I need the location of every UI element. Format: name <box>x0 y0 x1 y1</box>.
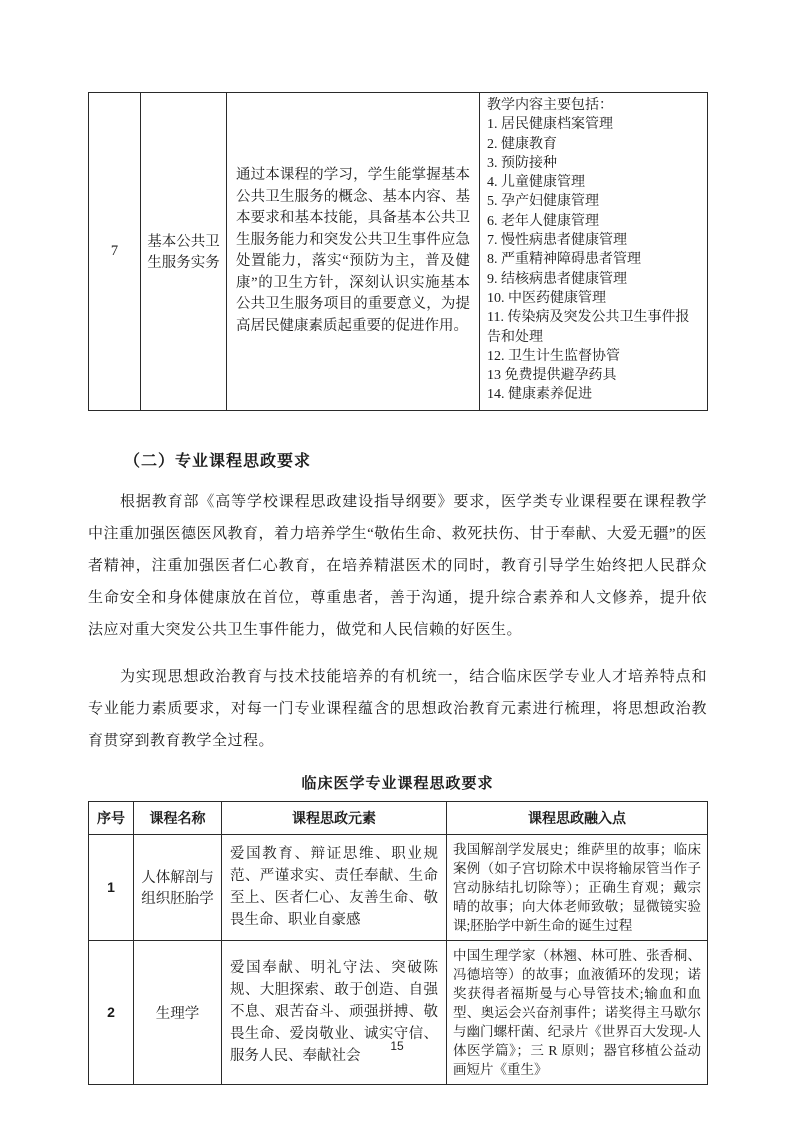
column-header-course-name: 课程名称 <box>134 801 222 834</box>
course-name-cell: 人体解剖与组织胚胎学 <box>134 834 222 940</box>
course-name-cell: 基本公共卫生服务实务 <box>141 93 227 411</box>
section-heading: （二）专业课程思政要求 <box>124 448 707 471</box>
page-content: 7 基本公共卫生服务实务 通过本课程的学习，学生能掌握基本公共卫生服务的概念、基… <box>88 92 707 1085</box>
column-header-points: 课程思政融入点 <box>447 801 708 834</box>
course-description-cell: 通过本课程的学习，学生能掌握基本公共卫生服务的概念、基本内容、基本要求和基本技能… <box>227 93 480 411</box>
ideology-points-cell: 我国解剖学发展史；维萨里的故事；临床案例（如子宫切除术中误将输尿管当作子宫动脉结… <box>447 834 708 940</box>
paragraph-2: 为实现思想政治教育与技术技能培养的有机统一，结合临床医学专业人才培养特点和专业能… <box>88 661 707 757</box>
page-number: 15 <box>0 1039 794 1053</box>
ideology-elements-cell: 爱国教育、辩证思维、职业规范、严谨求实、责任奉献、生命至上、医者仁心、友善生命、… <box>222 834 447 940</box>
document-page: 7 基本公共卫生服务实务 通过本课程的学习，学生能掌握基本公共卫生服务的概念、基… <box>0 0 794 1123</box>
column-header-number: 序号 <box>89 801 134 834</box>
paragraph-1: 根据教育部《高等学校课程思政建设指导纲要》要求，医学类专业课程要在课程教学中注重… <box>88 486 707 646</box>
row-number-cell: 1 <box>89 834 134 940</box>
course-name-cell: 生理学 <box>134 940 222 1084</box>
row-number-cell: 2 <box>89 940 134 1084</box>
teaching-content-cell: 教学内容主要包括： 1. 居民健康档案管理 2. 健康教育 3. 预防接种 4.… <box>480 93 708 411</box>
table-row: 7 基本公共卫生服务实务 通过本课程的学习，学生能掌握基本公共卫生服务的概念、基… <box>89 93 708 411</box>
table-row: 1 人体解剖与组织胚胎学 爱国教育、辩证思维、职业规范、严谨求实、责任奉献、生命… <box>89 834 708 940</box>
course-table-continued: 7 基本公共卫生服务实务 通过本课程的学习，学生能掌握基本公共卫生服务的概念、基… <box>88 92 708 411</box>
table-row: 2 生理学 爱国奉献、明礼守法、突破陈规、大胆探索、敢于创造、自强不息、艰苦奋斗… <box>89 940 708 1084</box>
table-header-row: 序号 课程名称 课程思政元素 课程思政融入点 <box>89 801 708 834</box>
ideology-points-cell: 中国生理学家（林翘、林可胜、张香桐、冯德培等）的故事；血液循环的发现；诺奖获得者… <box>447 940 708 1084</box>
teaching-content-intro: 教学内容主要包括： <box>487 96 703 115</box>
column-header-elements: 课程思政元素 <box>222 801 447 834</box>
table-title: 临床医学专业课程思政要求 <box>88 772 707 793</box>
course-number-cell: 7 <box>89 93 141 411</box>
teaching-content-list: 1. 居民健康档案管理 2. 健康教育 3. 预防接种 4. 儿童健康管理 5.… <box>487 115 703 404</box>
ideology-elements-cell: 爱国奉献、明礼守法、突破陈规、大胆探索、敢于创造、自强不息、艰苦奋斗、顽强拼搏、… <box>222 940 447 1084</box>
